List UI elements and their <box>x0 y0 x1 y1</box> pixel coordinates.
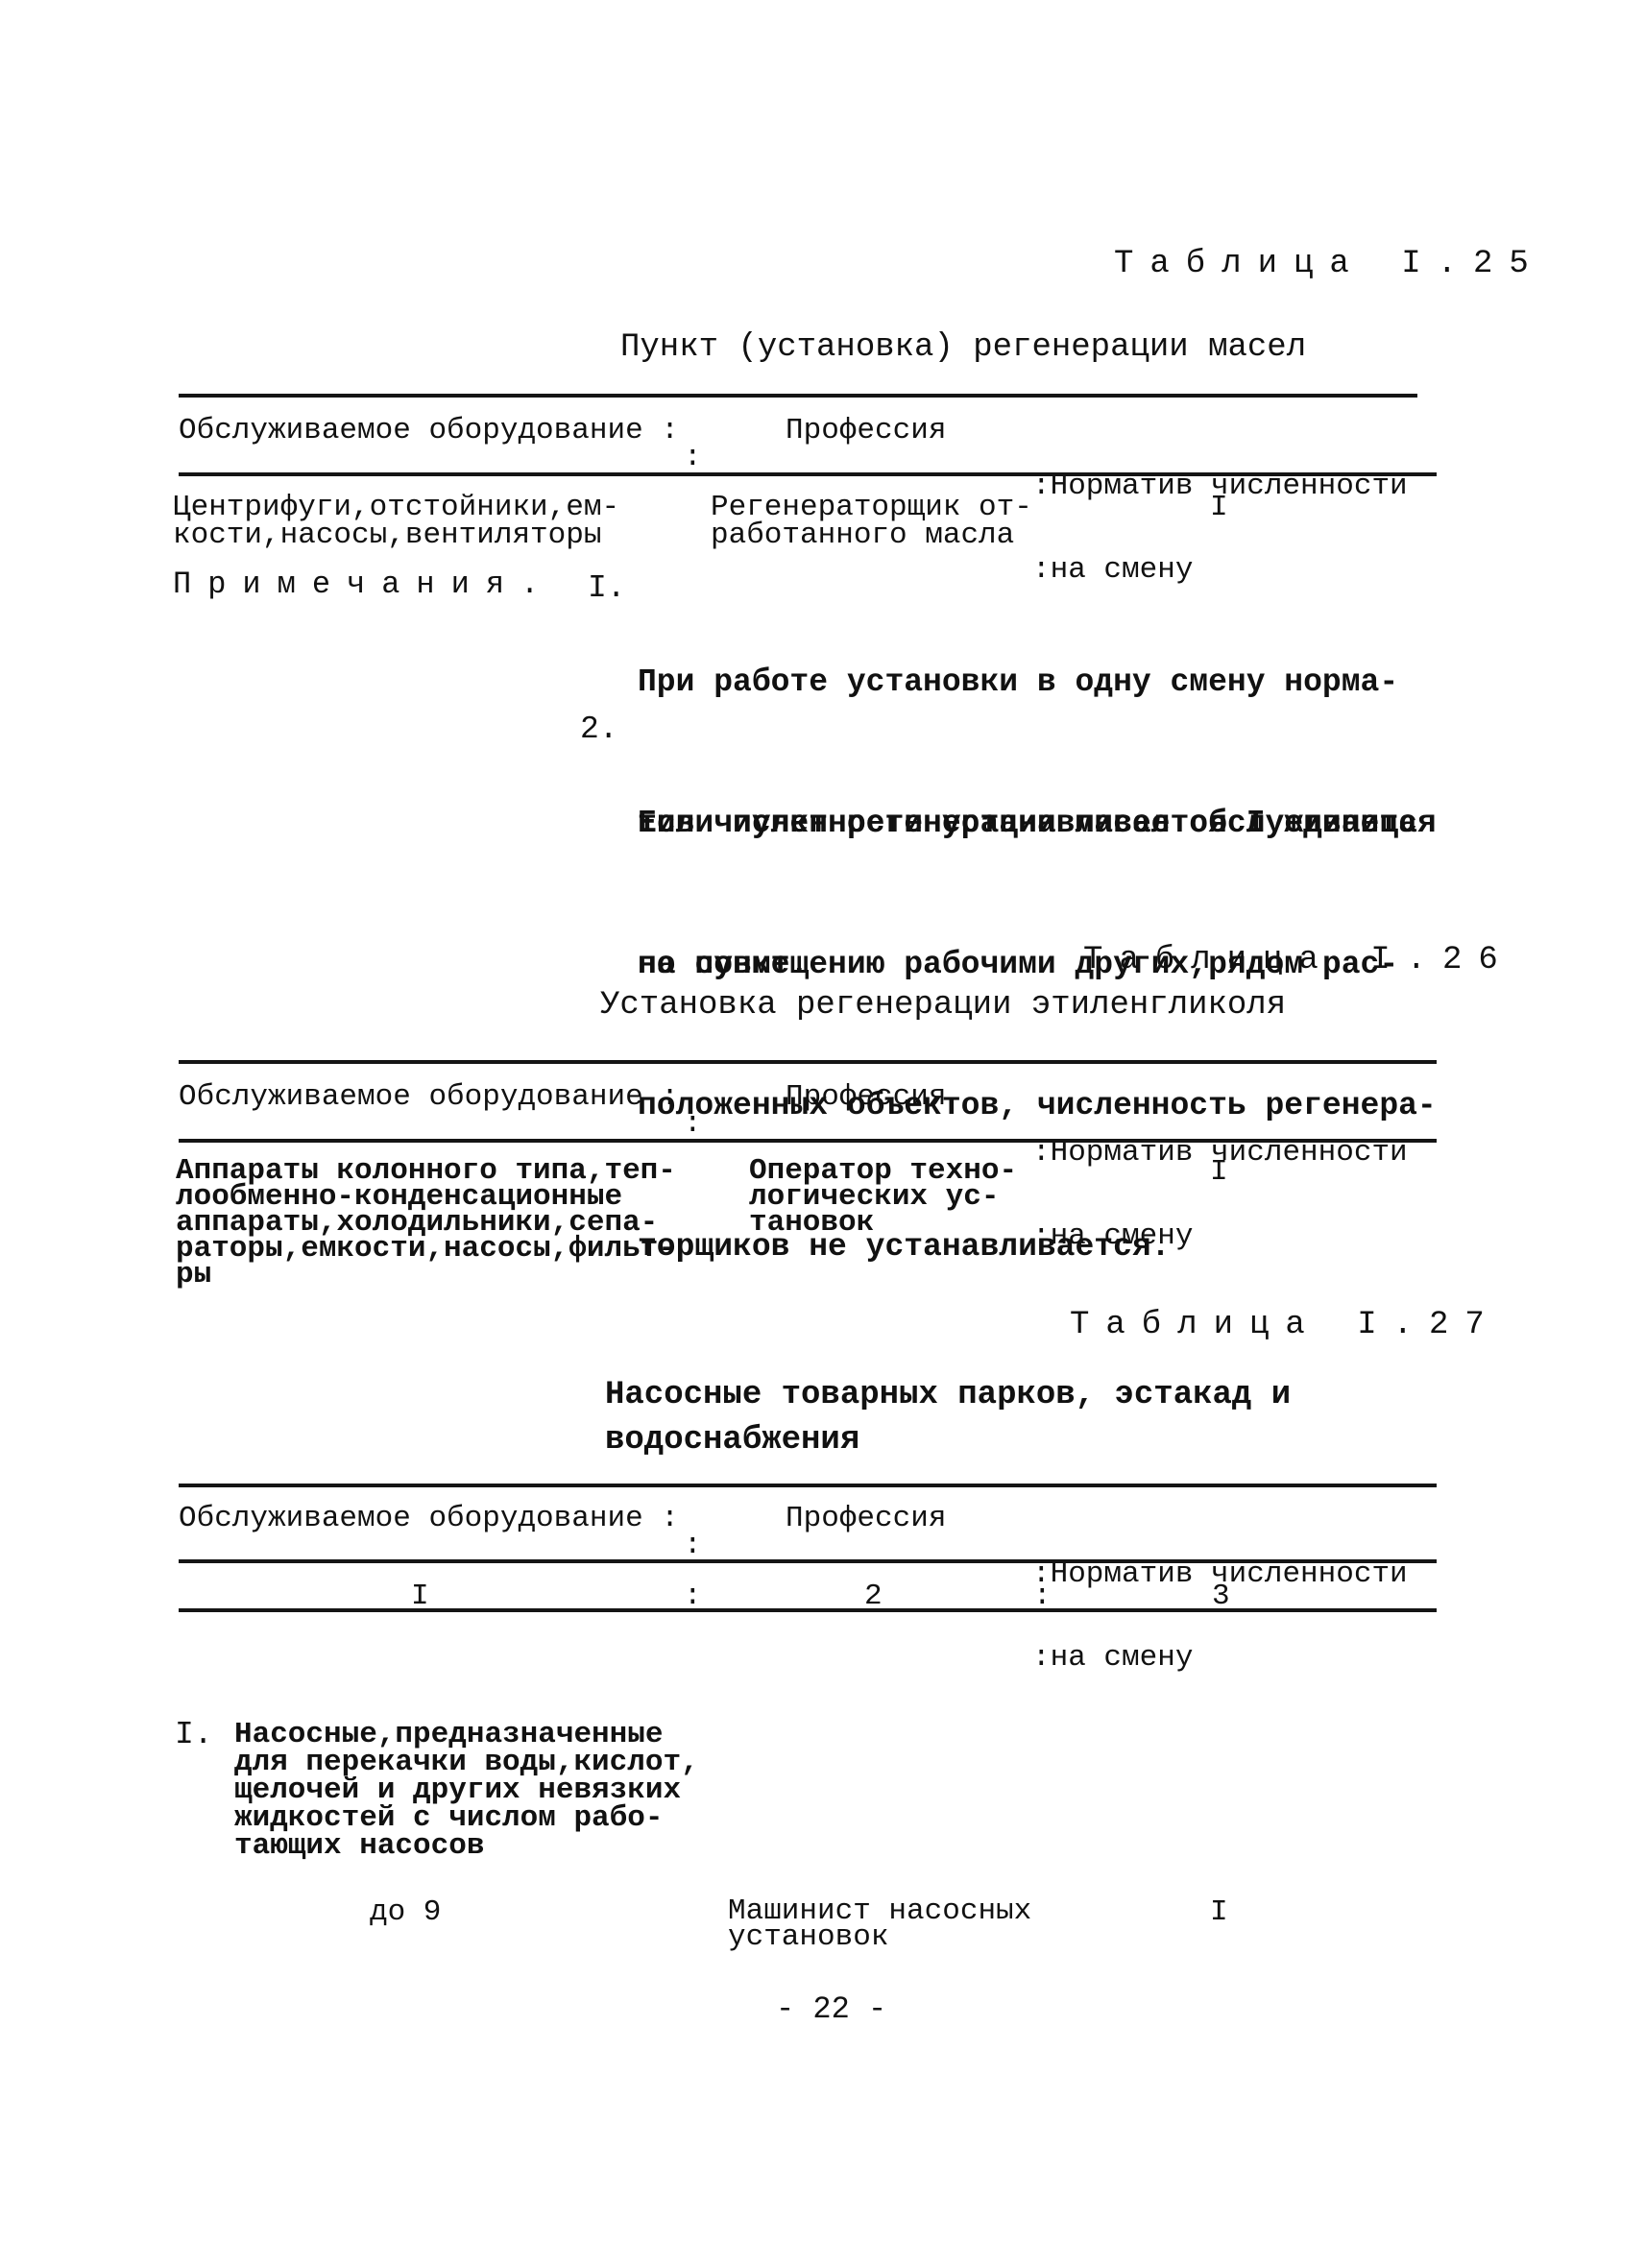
column-header-separator: : <box>684 444 702 471</box>
column-header-norm-line2: :на смену <box>1032 1644 1408 1672</box>
column-numbers-bottom-rule <box>179 1608 1437 1612</box>
note-line: При работе установки в одну смену норма- <box>638 659 1417 706</box>
table-cell-norm: I <box>1210 1158 1228 1186</box>
group-description: Насосные,предназначенные для перекачки в… <box>234 1721 699 1860</box>
page-number: - 22 - <box>776 1994 886 2025</box>
table-top-rule <box>179 394 1417 398</box>
table-title-line2: водоснабжения <box>605 1424 859 1457</box>
table-title-line1: Насосные товарных парков, эстакад и <box>605 1379 1291 1411</box>
column-header-norm-line2: :на смену <box>1032 1222 1408 1250</box>
column-number-separator: : <box>684 1582 702 1610</box>
notes-label: Примечания. <box>173 569 555 600</box>
table-cell-profession: Оператор техно- логических ус- тановок <box>749 1158 1017 1236</box>
table-cell-norm: I <box>1210 494 1228 521</box>
column-number-2: 2 <box>864 1582 883 1610</box>
table-cell-equipment: Центрифуги,отстойники,ем- кости,насосы,в… <box>173 494 619 549</box>
column-number-1: I <box>411 1582 429 1610</box>
table-label: Таблица I.25 <box>1114 248 1545 280</box>
group-number: I. <box>175 1721 213 1749</box>
column-header-profession: Профессия <box>786 1083 946 1111</box>
column-number-separator: : <box>1033 1582 1052 1610</box>
table-cell-profession: Регенераторщик от- работанного масла <box>711 494 1032 549</box>
table-cell-equipment: Аппараты колонного типа,теп- лообменно-к… <box>176 1158 676 1288</box>
column-header-profession: Профессия <box>786 1505 946 1532</box>
column-header-separator: : <box>684 1532 702 1559</box>
column-header-separator: : <box>684 1110 702 1138</box>
note-number: I. <box>588 565 626 612</box>
table-cell-profession: Машинист насосных установок <box>728 1898 1031 1950</box>
table-cell-norm: I <box>1210 1898 1228 1926</box>
table-top-rule <box>179 1484 1437 1487</box>
table-top-rule <box>179 1060 1437 1064</box>
table-cell-equipment: до 9 <box>370 1898 441 1926</box>
table-label: Таблица I.27 <box>1070 1309 1501 1341</box>
column-header-equipment: Обслуживаемое оборудование : <box>179 417 679 445</box>
header-bottom-rule <box>179 1139 1437 1143</box>
header-bottom-rule <box>179 472 1437 476</box>
note-line: Если пункт регенерации масел обслуживает… <box>638 800 1437 847</box>
note-number: 2. <box>580 706 618 753</box>
column-number-3: 3 <box>1212 1582 1230 1610</box>
table-title: Установка регенерации этиленгликоля <box>600 989 1286 1022</box>
column-header-equipment: Обслуживаемое оборудование : <box>179 1083 679 1111</box>
table-title: Пункт (установка) регенерации масел <box>620 331 1306 364</box>
column-header-equipment: Обслуживаемое оборудование : <box>179 1505 679 1532</box>
column-header-profession: Профессия <box>786 417 946 445</box>
header-bottom-rule <box>179 1559 1437 1563</box>
table-label: Таблица I.26 <box>1083 944 1514 977</box>
